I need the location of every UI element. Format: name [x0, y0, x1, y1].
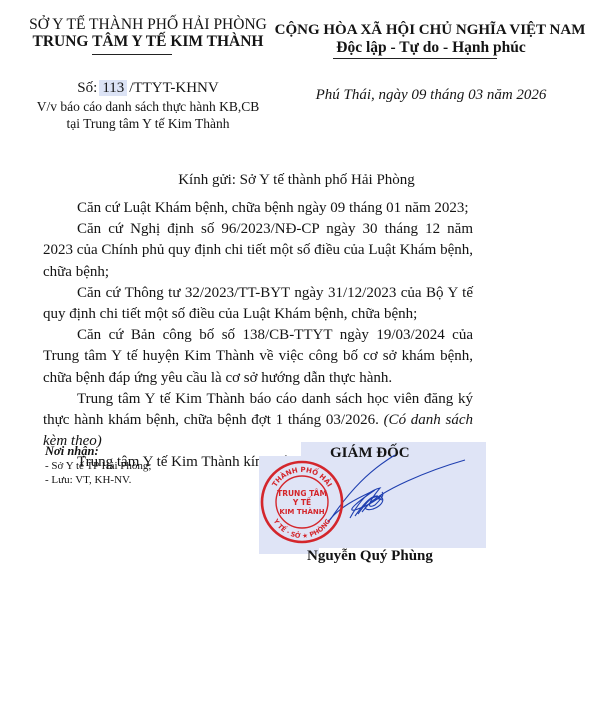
- body-paragraph: Căn cứ Nghị định số 96/2023/NĐ-CP ngày 3…: [43, 219, 473, 283]
- doc-number-prefix: Số:: [77, 80, 97, 96]
- body-paragraph: Căn cứ Thông tư 32/2023/TT-BYT ngày 31/1…: [43, 283, 473, 325]
- svg-text:KIM THÀNH: KIM THÀNH: [279, 507, 324, 516]
- recipient-line: Kính gửi: Sở Y tế thành phố Hải Phòng: [0, 172, 593, 189]
- svg-text:TRUNG TÂM: TRUNG TÂM: [277, 489, 327, 498]
- national-title: CỘNG HÒA XÃ HỘI CHỦ NGHĨA VIỆT NAM: [270, 22, 590, 39]
- body-paragraph: Căn cứ Bản công bố số 138/CB-TTYT ngày 1…: [43, 325, 473, 389]
- document-number: Số:113/TTYT-KHNV: [0, 80, 296, 97]
- motto-underline: [333, 58, 497, 59]
- place-date: Phú Thái, ngày 09 tháng 03 năm 2026: [282, 87, 580, 104]
- agency-underline: [92, 54, 172, 55]
- subject-line-2: tại Trung tâm Y tế Kim Thành: [0, 116, 296, 132]
- doc-number-value: 113: [99, 80, 127, 96]
- receiver-item: - Sở Y tế TP Hải Phòng;: [45, 460, 151, 472]
- receiver-item: - Lưu: VT, KH-NV.: [45, 474, 131, 486]
- agency-parent: SỞ Y TẾ THÀNH PHỐ HẢI PHÒNG: [0, 16, 296, 34]
- body-paragraph: Căn cứ Luật Khám bệnh, chữa bệnh ngày 09…: [43, 198, 473, 219]
- svg-text:Y TẾ: Y TẾ: [292, 497, 312, 507]
- signer-name: Nguyễn Quý Phùng: [307, 548, 433, 565]
- subject-line-1: V/v báo cáo danh sách thực hành KB,CB: [0, 99, 296, 115]
- doc-number-suffix: /TTYT-KHNV: [129, 80, 218, 96]
- official-seal-icon: THÀNH PHỐ HẢI Y TẾ · SỞ ★ PHÒNG TRUNG TÂ…: [260, 460, 344, 544]
- receivers-title: Nơi nhận:: [45, 444, 99, 459]
- national-motto: Độc lập - Tự do - Hạnh phúc: [282, 39, 580, 57]
- document-body: Căn cứ Luật Khám bệnh, chữa bệnh ngày 09…: [43, 198, 473, 474]
- agency-name: TRUNG TÂM Y TẾ KIM THÀNH: [0, 33, 296, 51]
